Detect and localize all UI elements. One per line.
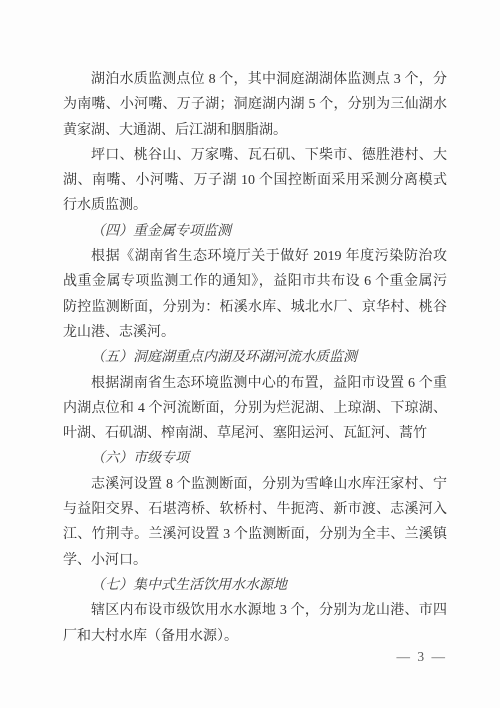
text-line: 湖、南嘴、小河嘴、万子湖 10 个国控断面采用采测分离模式进 — [63, 168, 447, 193]
text-line: 湖泊水质监测点位 8 个，其中洞庭湖湖体监测点 3 个，分别 — [63, 67, 447, 92]
text-line: 战重金属专项监测工作的通知》，益阳市共布设 6 个重金属污染 — [63, 269, 447, 294]
text-line: 学、小河口。 — [63, 548, 447, 573]
text-line: 江、竹荆寺。兰溪河设置 3 个监测断面，分别为全丰、兰溪镇中 — [63, 522, 447, 547]
section-heading: （六）市级专项 — [63, 446, 447, 471]
section-heading: （四）重金属专项监测 — [63, 219, 447, 244]
text-line: 厂和大村水库（备用水源）。 — [63, 624, 447, 649]
text-line: 龙山港、志溪河。 — [63, 320, 447, 345]
section-heading: （五）洞庭湖重点内湖及环湖河流水质监测 — [63, 345, 447, 370]
text-line: 与益阳交界、石堪湾桥、软桥村、牛扼湾、新市渡、志溪河入资 — [63, 497, 447, 522]
text-line: 根据湖南省生态环境监测中心的布置，益阳市设置 6 个重点 — [63, 371, 447, 396]
text-line: 黄家湖、大通湖、后江湖和胭脂湖。 — [63, 118, 447, 143]
text-line: 根据《湖南省生态环境厅关于做好 2019 年度污染防治攻坚 — [63, 244, 447, 269]
text-line: 辖区内布设市级饮用水水源地 3 个，分别为龙山港、市四水 — [63, 598, 447, 623]
text-line: 叶湖、石矶湖、榨南湖、草尾河、塞阳运河、瓦缸河、蒿竹河。 — [63, 421, 447, 446]
text-line: 内湖点位和 4 个河流断面，分别为烂泥湖、上琼湖、下琼湖、蓼 — [63, 396, 447, 421]
text-line: 志溪河设置 8 个监测断面，分别为雪峰山水库汪家村、宁乡 — [63, 472, 447, 497]
page-number: — 3 — — [397, 647, 448, 667]
document-page: 湖泊水质监测点位 8 个，其中洞庭湖湖体监测点 3 个，分别 为南嘴、小河嘴、万… — [0, 0, 500, 708]
text-line: 防控监测断面，分别为：柘溪水库、城北水厂、京华村、桃谷山、 — [63, 295, 447, 320]
text-block: 湖泊水质监测点位 8 个，其中洞庭湖湖体监测点 3 个，分别 为南嘴、小河嘴、万… — [63, 67, 447, 649]
text-line: 行水质监测。 — [63, 193, 447, 218]
text-line: 坪口、桃谷山、万家嘴、瓦石矶、下柴市、德胜港村、大通 — [63, 143, 447, 168]
text-line: 为南嘴、小河嘴、万子湖；洞庭湖内湖 5 个，分别为三仙湖水库、 — [63, 92, 447, 117]
section-heading: （七）集中式生活饮用水水源地 — [63, 573, 447, 598]
